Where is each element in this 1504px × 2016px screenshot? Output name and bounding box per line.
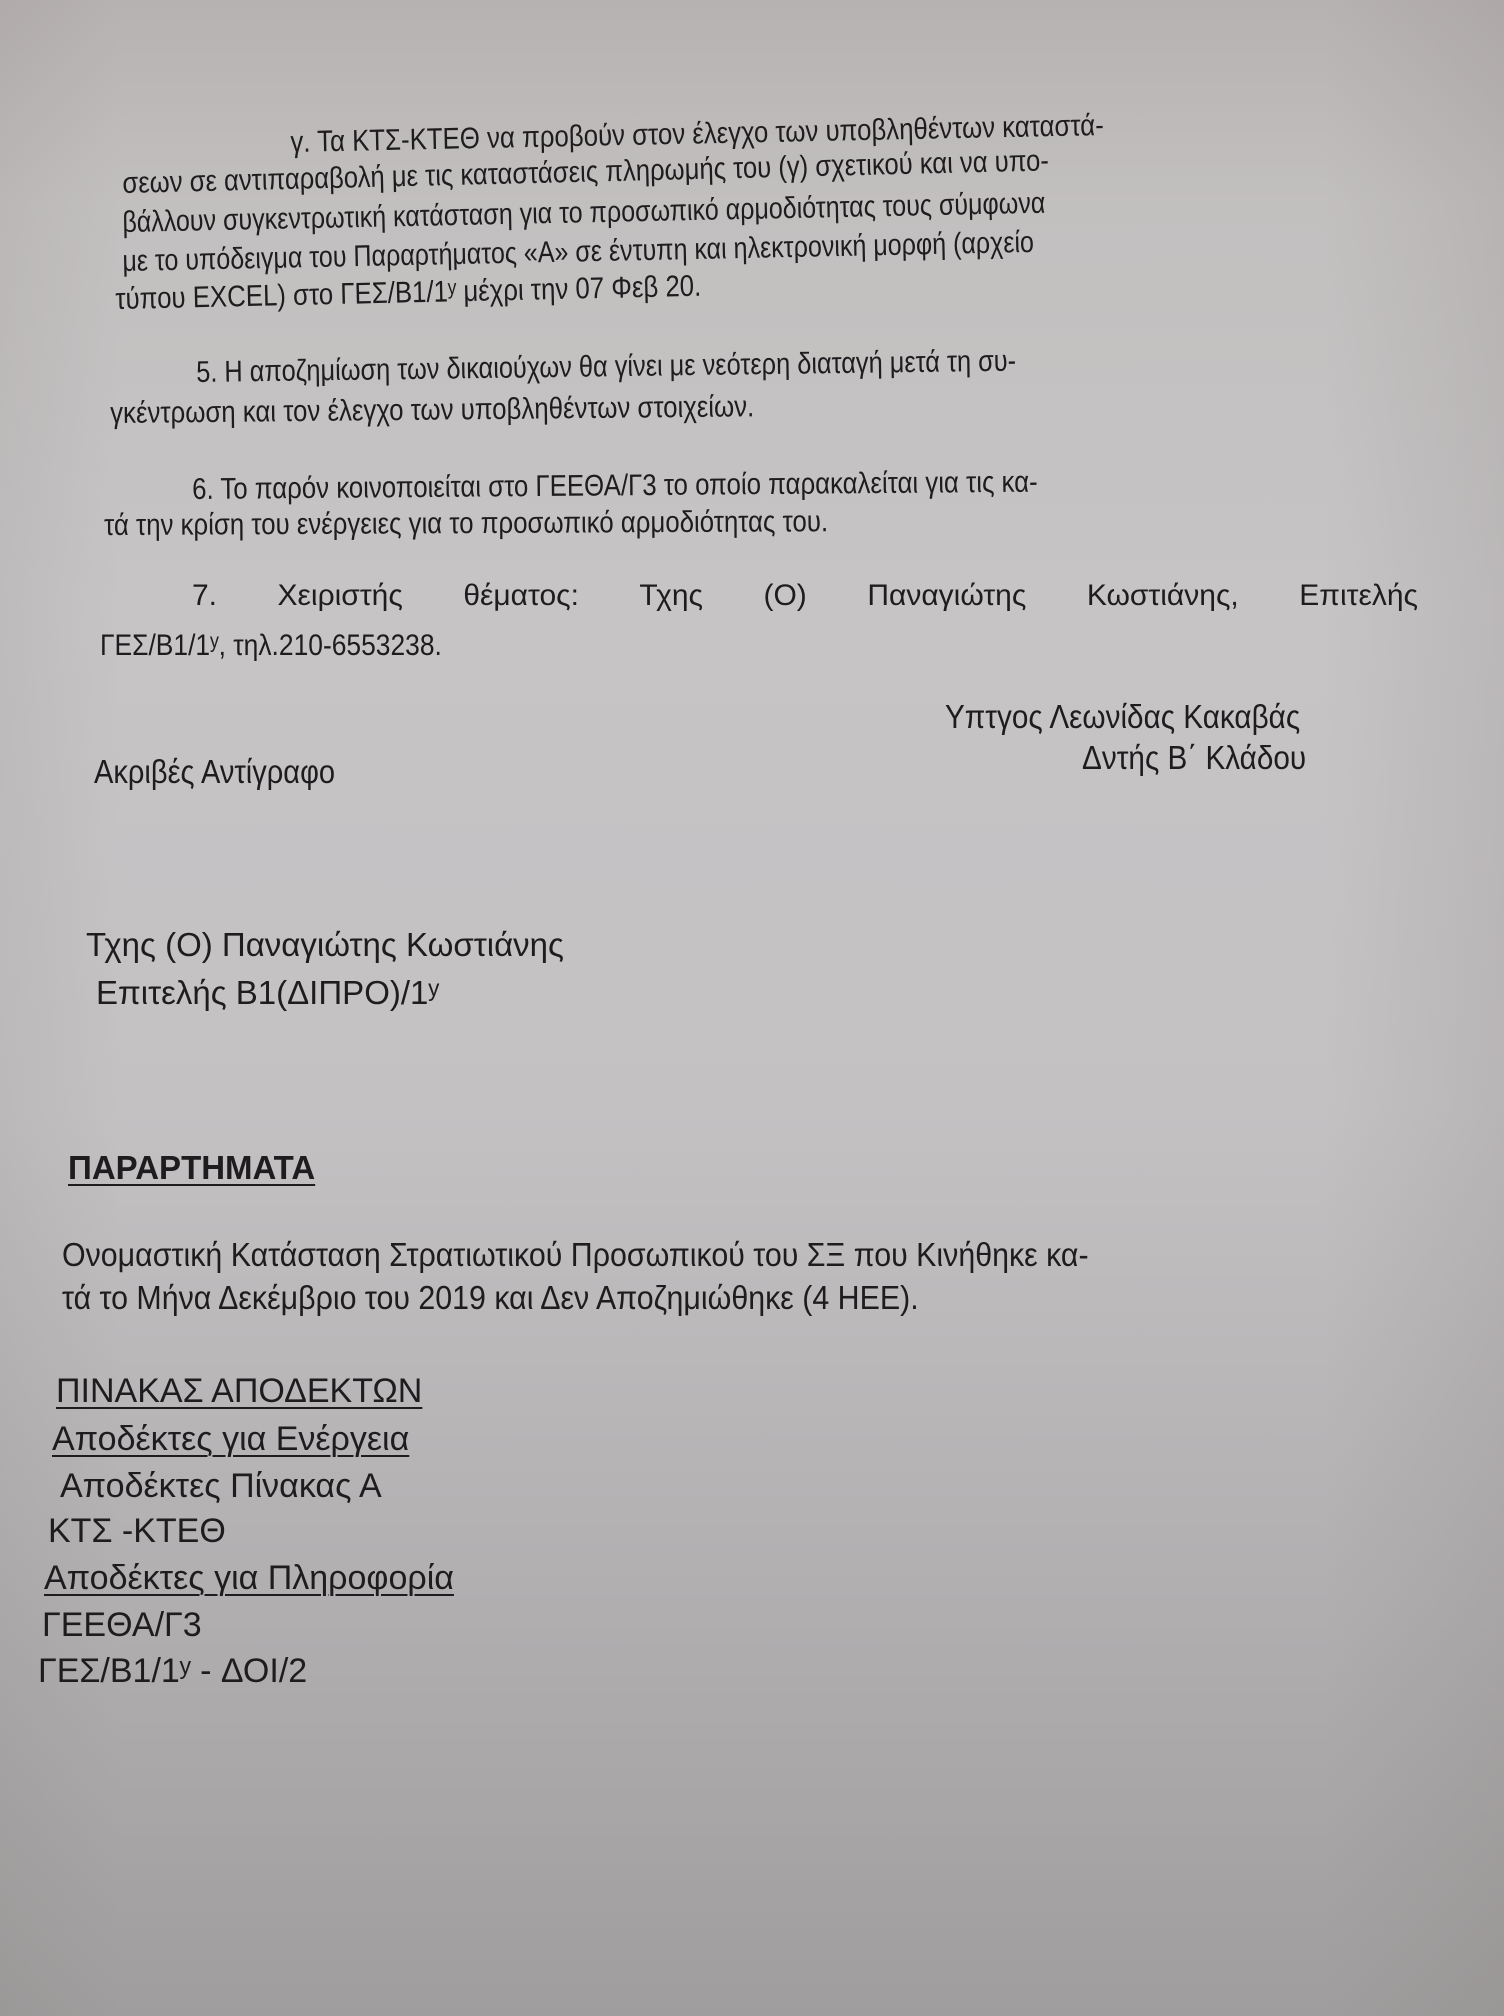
recipients-action-item: Αποδέκτες Πίνακας Α <box>60 1463 382 1509</box>
true-copy-title: Επιτελής Β1(ΔΙΠΡΟ)/1ʸ <box>96 973 439 1013</box>
paragraph-word: Επιτελής <box>1299 578 1418 614</box>
annexes-heading: ΠΑΡΑΡΤΗΜΑΤΑ <box>68 1148 315 1188</box>
paragraph-word: Παναγιώτης <box>867 578 1026 614</box>
recipients-info-heading: Αποδέκτες για Πληροφορία <box>44 1555 454 1601</box>
annex-line: Ονομαστική Κατάσταση Στρατιωτικού Προσωπ… <box>62 1235 1089 1275</box>
true-copy-name: Τχης (Ο) Παναγιώτης Κωστιάνης <box>86 925 564 965</box>
paragraph-word: Κωστιάνης, <box>1087 578 1239 614</box>
signatory-title: Δντής Β΄ Κλάδου <box>1082 738 1306 778</box>
paragraph-word: Χειριστής <box>278 578 403 614</box>
signatory-name: Υπτγος Λεωνίδας Κακαβάς <box>945 697 1300 737</box>
paragraph-word: Τχης <box>639 578 703 614</box>
paragraph-line: 7. Χειριστής θέματος: Τχης (Ο) Παναγιώτη… <box>192 578 1418 614</box>
recipients-heading: ΠΙΝΑΚΑΣ ΑΠΟΔΕΚΤΩΝ <box>56 1368 422 1414</box>
paragraph-word: 7. <box>192 578 217 614</box>
paragraph-line: γκέντρωση και τον έλεγχο των υποβληθέντω… <box>110 389 754 432</box>
recipients-info-item: ΓΕΕΘΑ/Γ3 <box>42 1602 202 1648</box>
true-copy-label: Ακριβές Αντίγραφο <box>94 752 335 792</box>
paragraph-word: (Ο) <box>763 578 806 614</box>
recipients-info-item: ΓΕΣ/Β1/1ʸ - ΔΟΙ/2 <box>38 1648 307 1694</box>
paragraph-line: ΓΕΣ/Β1/1ʸ, τηλ.210-6553238. <box>100 628 442 664</box>
recipients-action-heading: Αποδέκτες για Ενέργεια <box>52 1416 409 1462</box>
document-page: γ. Τα ΚΤΣ-ΚΤΕΘ να προβούν στον έλεγχο τω… <box>0 0 1504 2016</box>
recipients-action-item: ΚΤΣ -ΚΤΕΘ <box>48 1508 226 1554</box>
paragraph-line: 5. Η αποζημίωση των δικαιούχων θα γίνει … <box>196 344 1016 391</box>
paragraph-line: τά την κρίση του ενέργειες για το προσωπ… <box>104 504 828 544</box>
annex-line: τά το Μήνα Δεκέμβριο του 2019 και Δεν Απ… <box>62 1278 919 1318</box>
paragraph-word: θέματος: <box>463 578 579 614</box>
paragraph-line: 6. Το παρόν κοινοποιείται στο ΓΕΕΘΑ/Γ3 τ… <box>192 465 1038 508</box>
